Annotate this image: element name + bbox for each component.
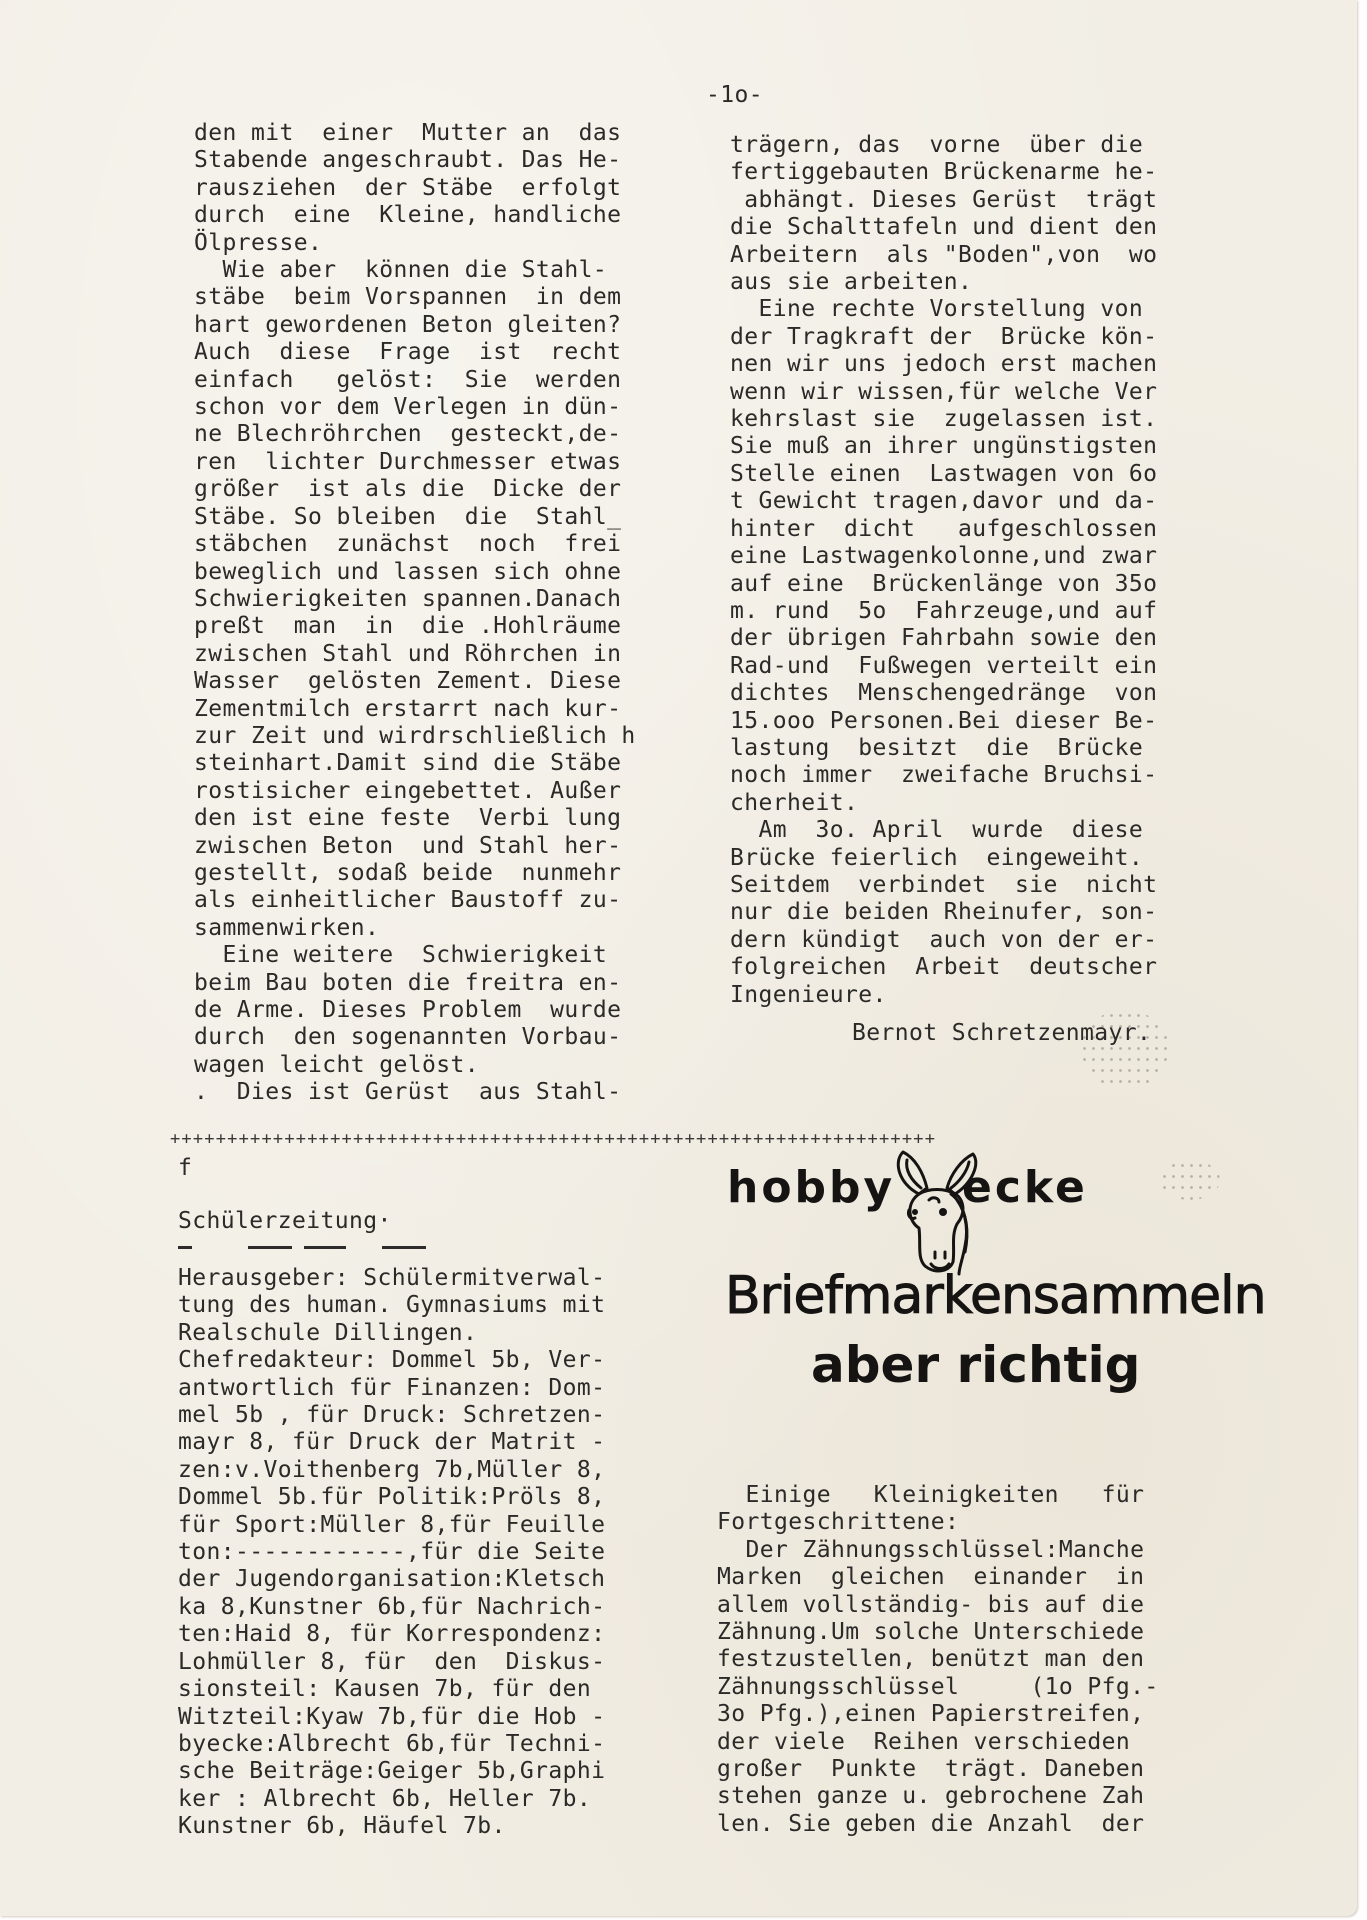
text-line: stäbe beim Vorspannen in dem: [194, 284, 636, 311]
text-line: schon vor dem Verlegen in dün-: [194, 394, 636, 421]
text-line: Kunstner 6b, Häufel 7b.: [178, 1813, 605, 1840]
text-line: ker : Albrecht 6b, Heller 7b.: [178, 1786, 605, 1813]
masthead-underline-segment: [304, 1246, 346, 1249]
text-line: Am 3o. April wurde diese: [730, 817, 1157, 844]
text-line: beim Bau boten die freitra en-: [194, 970, 636, 997]
text-line: folgreichen Arbeit deutscher: [730, 954, 1157, 981]
text-line: wenn wir wissen,für welche Ver: [730, 379, 1157, 406]
text-line: Wasser gelösten Zement. Diese: [194, 668, 636, 695]
text-line: Ölpresse.: [194, 230, 636, 257]
text-line: als einheitlicher Baustoff zu-: [194, 887, 636, 914]
text-line: zwischen Beton und Stahl her-: [194, 833, 636, 860]
text-line: lastung besitzt die Brücke: [730, 735, 1157, 762]
text-line: für Sport:Müller 8,für Feuille: [178, 1512, 605, 1539]
text-line: Rad-und Fußwegen verteilt ein: [730, 653, 1157, 680]
text-line: Stabende angeschraubt. Das He-: [194, 147, 636, 174]
text-line: sammenwirken.: [194, 915, 636, 942]
hobby-corner-subtitle: aber richtig: [811, 1336, 1140, 1394]
text-line: Eine weitere Schwierigkeit: [194, 942, 636, 969]
text-line: stehen ganze u. gebrochene Zah: [717, 1783, 1159, 1810]
text-line: antwortlich für Finanzen: Dom-: [178, 1375, 605, 1402]
masthead-underline-segment: [382, 1246, 426, 1249]
text-line: Brücke feierlich eingeweiht.: [730, 845, 1157, 872]
text-line: der Jugendorganisation:Kletsch: [178, 1566, 605, 1593]
text-line: Witzteil:Kyaw 7b,für die Hob -: [178, 1704, 605, 1731]
text-line: Ingenieure.: [730, 982, 1157, 1009]
text-line: noch immer zweifache Bruchsi-: [730, 762, 1157, 789]
editorial-credits: Herausgeber: Schülermitverwal-tung des h…: [178, 1265, 605, 1841]
text-line: Sie muß an ihrer ungünstigsten: [730, 433, 1157, 460]
text-line: hinter dicht aufgeschlossen: [730, 516, 1157, 543]
text-line: festzustellen, benützt man den: [717, 1646, 1159, 1673]
text-line: eine Lastwagenkolonne,und zwar: [730, 543, 1157, 570]
masthead-underline-segment: [248, 1246, 292, 1249]
logo-ecke-text: ecke: [962, 1162, 1088, 1213]
text-line: der Tragkraft der Brücke kön-: [730, 324, 1157, 351]
text-line: allem vollständig- bis auf die: [717, 1592, 1159, 1619]
text-line: rostisicher eingebettet. Außer: [194, 778, 636, 805]
text-line: de Arme. Dieses Problem wurde: [194, 997, 636, 1024]
text-line: Eine rechte Vorstellung von: [730, 296, 1157, 323]
text-line: preßt man in die .Hohlräume: [194, 613, 636, 640]
logo-hobby-text: hobby: [727, 1162, 895, 1213]
hobby-corner-body: Einige Kleinigkeiten fürFortgeschrittene…: [717, 1482, 1159, 1838]
text-line: Herausgeber: Schülermitverwal-: [178, 1265, 605, 1292]
newspaper-page: -1o- den mit einer Mutter an dasStabende…: [0, 0, 1357, 1916]
text-line: cherheit.: [730, 790, 1157, 817]
text-line: Realschule Dillingen.: [178, 1320, 605, 1347]
text-line: stäbchen zunächst noch frei: [194, 531, 636, 558]
text-line: zwischen Stahl und Röhrchen in: [194, 641, 636, 668]
text-line: ne Blechröhrchen gesteckt,de-: [194, 421, 636, 448]
text-line: m. rund 5o Fahrzeuge,und auf: [730, 598, 1157, 625]
text-line: dichtes Menschengedränge von: [730, 680, 1157, 707]
text-line: Seitdem verbindet sie nicht: [730, 872, 1157, 899]
text-line: Der Zähnungsschlüssel:Manche: [717, 1537, 1159, 1564]
text-line: auf eine Brückenlänge von 35o: [730, 571, 1157, 598]
text-line: nen wir uns jedoch erst machen: [730, 351, 1157, 378]
bridge-article-left-column: den mit einer Mutter an dasStabende ange…: [194, 120, 636, 1107]
hobby-corner-title: Briefmarkensammeln: [725, 1266, 1266, 1326]
text-line: Lohmüller 8, für den Diskus-: [178, 1649, 605, 1676]
text-line: dern kündigt auch von der er-: [730, 927, 1157, 954]
text-line: den mit einer Mutter an das: [194, 120, 636, 147]
text-line: einfach gelöst: Sie werden: [194, 367, 636, 394]
text-line: tung des human. Gymnasiums mit: [178, 1292, 605, 1319]
text-line: ten:Haid 8, für Korrespondenz:: [178, 1621, 605, 1648]
text-line: zen:v.Voithenberg 7b,Müller 8,: [178, 1457, 605, 1484]
text-line: Auch diese Frage ist recht: [194, 339, 636, 366]
text-line: trägern, das vorne über die: [730, 132, 1157, 159]
hobby-corner-logo: hobby ecke Briefmarkensammeln aber richt…: [715, 1148, 1275, 1408]
text-line: steinhart.Damit sind die Stäbe: [194, 750, 636, 777]
text-line: Chefredakteur: Dommel 5b, Ver-: [178, 1347, 605, 1374]
text-line: beweglich und lassen sich ohne: [194, 559, 636, 586]
text-line: nur die beiden Rheinufer, son-: [730, 899, 1157, 926]
text-line: t Gewicht tragen,davor und da-: [730, 488, 1157, 515]
text-line: durch den sogenannten Vorbau-: [194, 1024, 636, 1051]
text-line: Einige Kleinigkeiten für: [717, 1482, 1159, 1509]
text-line: mayr 8, für Druck der Matrit -: [178, 1429, 605, 1456]
text-line: sche Beiträge:Geiger 5b,Graphi: [178, 1758, 605, 1785]
text-line: Wie aber können die Stahl-: [194, 257, 636, 284]
text-line: gestellt, sodaß beide nunmehr: [194, 860, 636, 887]
bridge-article-right-column: trägern, das vorne über diefertiggebaute…: [730, 132, 1157, 1009]
masthead-underline-dash: [178, 1246, 192, 1249]
text-line: zur Zeit und wirdrschließlich h: [194, 723, 636, 750]
text-line: abhängt. Dieses Gerüst trägt: [730, 187, 1157, 214]
text-line: Marken gleichen einander in: [717, 1564, 1159, 1591]
text-line: 3o Pfg.),einen Papierstreifen,: [717, 1701, 1159, 1728]
text-line: die Schalttafeln und dient den: [730, 214, 1157, 241]
text-line: größer ist als die Dicke der: [194, 476, 636, 503]
masthead-stray-letter: f: [178, 1155, 192, 1182]
text-line: kehrslast sie zugelassen ist.: [730, 406, 1157, 433]
text-line: mel 5b , für Druck: Schretzen-: [178, 1402, 605, 1429]
text-line: der übrigen Fahrbahn sowie den: [730, 625, 1157, 652]
text-line: aus sie arbeiten.: [730, 269, 1157, 296]
text-line: hart gewordenen Beton gleiten?: [194, 312, 636, 339]
text-line: Fortgeschrittene:: [717, 1509, 1159, 1536]
text-line: der viele Reihen verschieden: [717, 1729, 1159, 1756]
text-line: fertiggebauten Brückenarme he-: [730, 159, 1157, 186]
text-line: Zähnung.Um solche Unterschiede: [717, 1619, 1159, 1646]
text-line: ren lichter Durchmesser etwas: [194, 449, 636, 476]
text-line: großer Punkte trägt. Daneben: [717, 1756, 1159, 1783]
text-line: sionsteil: Kausen 7b, für den: [178, 1676, 605, 1703]
page-number: -1o-: [706, 82, 763, 109]
text-line: 15.ooo Personen.Bei dieser Be-: [730, 708, 1157, 735]
text-line: Arbeitern als "Boden",von wo: [730, 242, 1157, 269]
article-author: Bernot Schretzenmayr.: [852, 1020, 1151, 1047]
text-line: ka 8,Kunstner 6b,für Nachrich-: [178, 1594, 605, 1621]
text-line: wagen leicht gelöst.: [194, 1052, 636, 1079]
text-line: rausziehen der Stäbe erfolgt: [194, 175, 636, 202]
text-line: len. Sie geben die Anzahl der: [717, 1811, 1159, 1838]
text-line: den ist eine feste Verbi lung: [194, 805, 636, 832]
text-line: Zementmilch erstarrt nach kur-: [194, 696, 636, 723]
text-line: Zähnungsschlüssel (1o Pfg.-: [717, 1674, 1159, 1701]
text-line: Stäbe. So bleiben die Stahl_: [194, 504, 636, 531]
text-line: durch eine Kleine, handliche: [194, 202, 636, 229]
masthead-title: Schülerzeitung·: [178, 1208, 392, 1235]
text-line: byecke:Albrecht 6b,für Techni-: [178, 1731, 605, 1758]
text-line: ton:------------,für die Seite: [178, 1539, 605, 1566]
text-line: Dommel 5b.für Politik:Pröls 8,: [178, 1484, 605, 1511]
text-line: Schwierigkeiten spannen.Danach: [194, 586, 636, 613]
text-line: Stelle einen Lastwagen von 6o: [730, 461, 1157, 488]
text-line: . Dies ist Gerüst aus Stahl-: [194, 1079, 636, 1106]
